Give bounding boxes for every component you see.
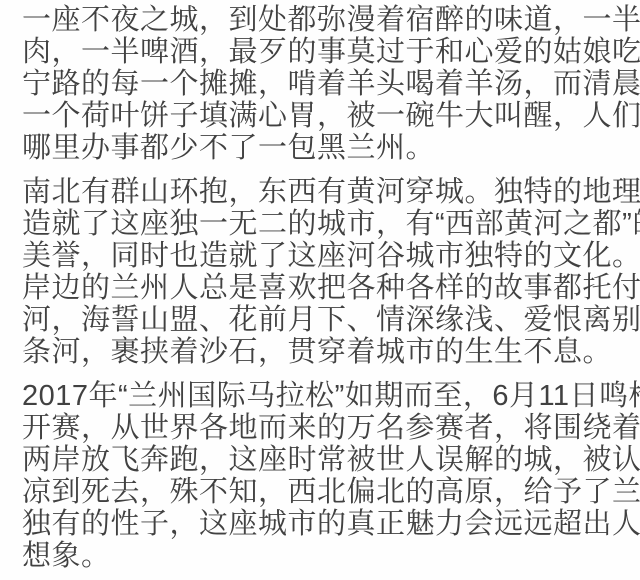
text-line: 开赛，从世界各地而来的万名参赛者，将围绕着黄河 xyxy=(22,412,624,444)
text-line: 哪里办事都少不了一包黑兰州。 xyxy=(22,132,624,164)
text-line: 条河，裹挟着沙石，贯穿着城市的生生不息。 xyxy=(22,336,624,368)
text-line: 美誉，同时也造就了这座河谷城市独特的文化。黄河 xyxy=(22,240,624,272)
paragraph-marathon: 2017年“兰州国际马拉松”如期而至，6月11日鸣枪 开赛，从世界各地而来的万名… xyxy=(22,380,624,572)
text-line: 想象。 xyxy=(22,540,624,572)
text-line: 南北有群山环抱，东西有黄河穿城。独特的地理位置 xyxy=(22,176,624,208)
paragraph-nightlife: 一座不夜之城，到处都弥漫着宿醉的味道，一半烤 肉，一半啤酒，最歹的事莫过于和心爱… xyxy=(22,4,624,164)
article-page: 一座不夜之城，到处都弥漫着宿醉的味道，一半烤 肉，一半啤酒，最歹的事莫过于和心爱… xyxy=(0,0,640,580)
text-line: 一个荷叶饼子填满心胃，被一碗牛大叫醒，人们走到 xyxy=(22,100,624,132)
text-line: 两岸放飞奔跑，这座时常被世人误解的城，被认为荒 xyxy=(22,444,624,476)
text-line: 一座不夜之城，到处都弥漫着宿醉的味道，一半烤 xyxy=(22,4,624,36)
text-line: 凉到死去，殊不知，西北偏北的高原，给予了兰州人 xyxy=(22,476,624,508)
text-line: 岸边的兰州人总是喜欢把各种各样的故事都托付予黄 xyxy=(22,272,624,304)
text-line: 宁路的每一个摊摊，啃着羊头喝着羊汤，而清晨，被 xyxy=(22,68,624,100)
text-line: 2017年“兰州国际马拉松”如期而至，6月11日鸣枪 xyxy=(22,380,624,412)
text-line: 造就了这座独一无二的城市，有“西部黄河之都”的 xyxy=(22,208,624,240)
text-line: 肉，一半啤酒，最歹的事莫过于和心爱的姑娘吃遍正 xyxy=(22,36,624,68)
paragraph-geography: 南北有群山环抱，东西有黄河穿城。独特的地理位置 造就了这座独一无二的城市，有“西… xyxy=(22,176,624,368)
text-line: 河，海誓山盟、花前月下、情深缘浅、爱恨离别，这 xyxy=(22,304,624,336)
text-line: 独有的性子，这座城市的真正魅力会远远超出人们的 xyxy=(22,508,624,540)
